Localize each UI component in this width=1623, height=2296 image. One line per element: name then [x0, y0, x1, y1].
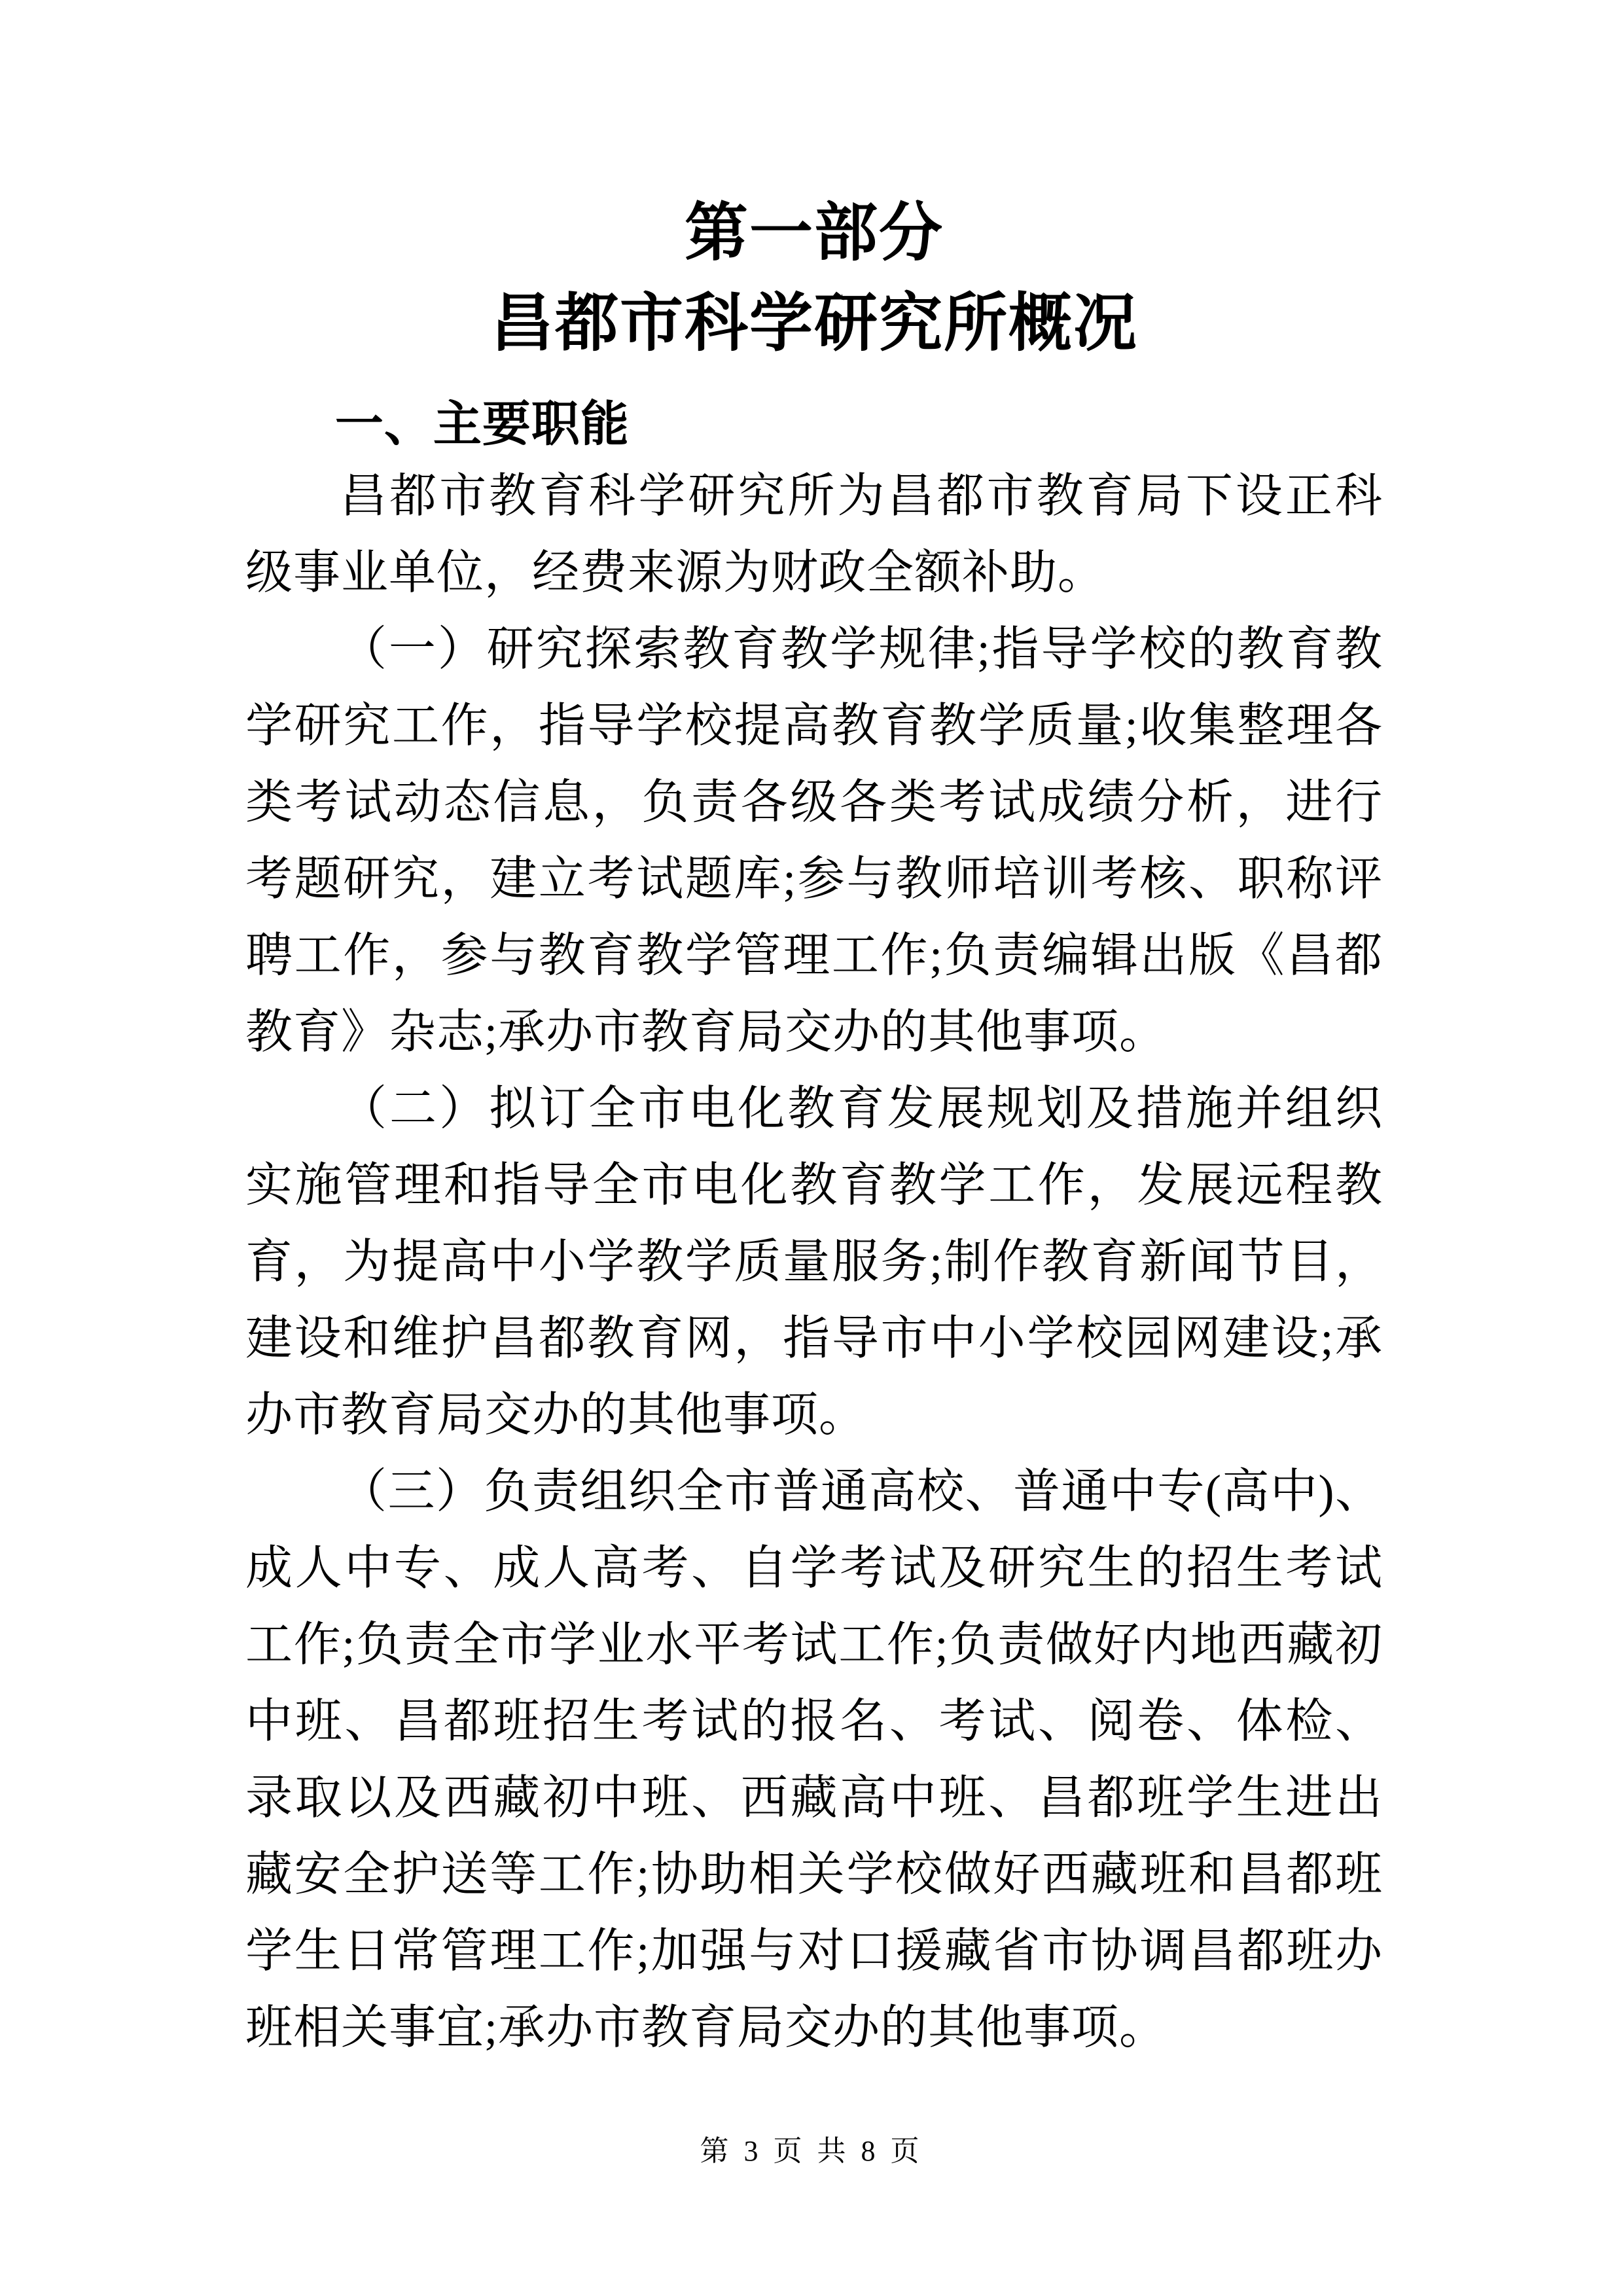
paragraph-function-1: （一）研究探索教育教学规律;指导学校的教育教学研究工作，指导学校提高教育教学质量…	[245, 611, 1383, 1071]
paragraph-function-2: （二）拟订全市电化教育发展规划及措施并组织实施管理和指导全市电化教育教学工作，发…	[245, 1071, 1383, 1454]
document-title-name: 昌都市科学研究所概况	[245, 287, 1383, 360]
section-heading-main-functions: 一、主要职能	[245, 390, 1383, 458]
document-page: 第一部分 昌都市科学研究所概况 一、主要职能 昌都市教育科学研究所为昌都市教育局…	[0, 0, 1623, 2296]
document-title-part: 第一部分	[245, 196, 1383, 270]
document-body: 昌都市教育科学研究所为昌都市教育局下设正科级事业单位，经费来源为财政全额补助。 …	[245, 458, 1383, 2066]
paragraph-function-3: （三）负责组织全市普通高校、普通中专(高中)、成人中专、成人高考、自学考试及研究…	[245, 1454, 1383, 2066]
page-number-footer: 第 3 页 共 8 页	[0, 2135, 1623, 2168]
paragraph-intro: 昌都市教育科学研究所为昌都市教育局下设正科级事业单位，经费来源为财政全额补助。	[245, 458, 1383, 611]
document-content: 第一部分 昌都市科学研究所概况 一、主要职能 昌都市教育科学研究所为昌都市教育局…	[0, 196, 1623, 2066]
